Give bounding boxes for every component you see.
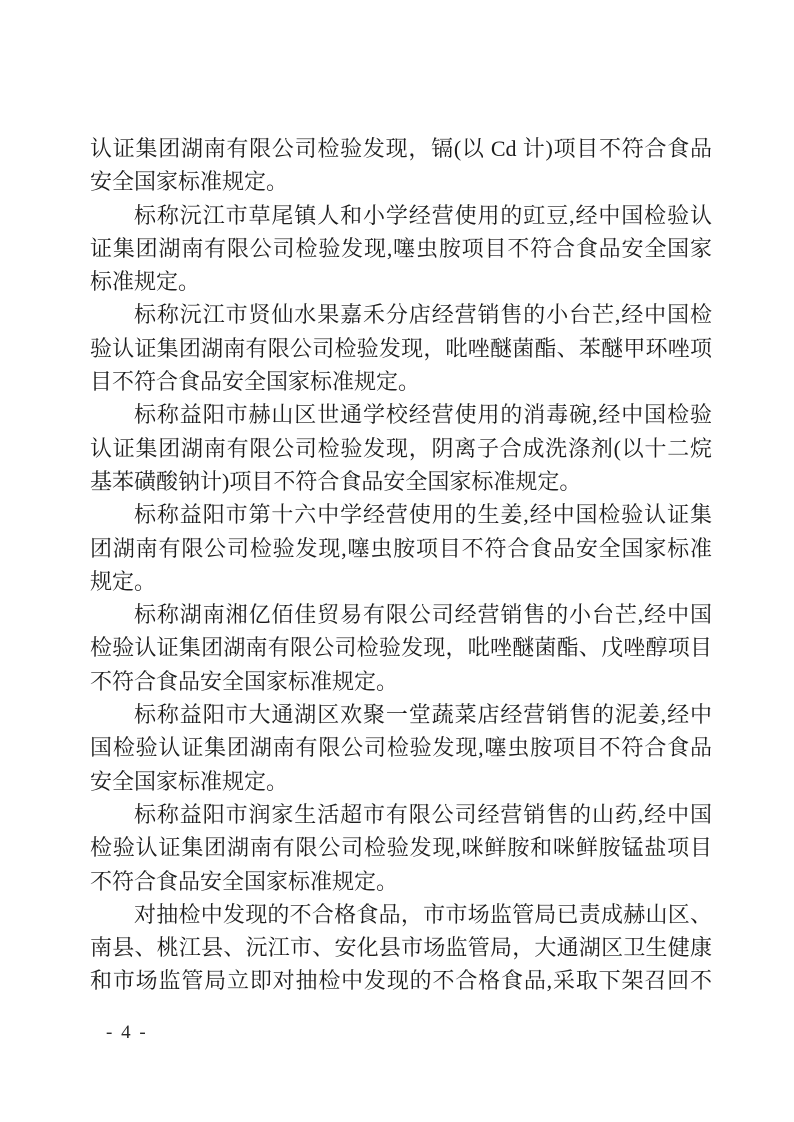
- text-line: 认证集团湖南有限公司检验发现，阴离子合成洗涤剂(以十二烷: [90, 432, 712, 465]
- text-line: 不符合食品安全国家标准规定。: [90, 865, 712, 898]
- text-line: 不符合食品安全国家标准规定。: [90, 665, 712, 698]
- text-line: 认证集团湖南有限公司检验发现，镉(以 Cd 计)项目不符合食品: [90, 132, 712, 165]
- text-line: 基苯磺酸钠计)项目不符合食品安全国家标准规定。: [90, 465, 712, 498]
- text-line: 证集团湖南有限公司检验发现,噻虫胺项目不符合食品安全国家: [90, 232, 712, 265]
- text-line: 安全国家标准规定。: [90, 765, 712, 798]
- text-line: 检验认证集团湖南有限公司检验发现,咪鲜胺和咪鲜胺锰盐项目: [90, 831, 712, 864]
- text-line: 标称益阳市润家生活超市有限公司经营销售的山药,经中国: [90, 798, 712, 831]
- text-line: 标称沅江市草尾镇人和小学经营使用的豇豆,经中国检验认: [90, 199, 712, 232]
- document-page: 认证集团湖南有限公司检验发现，镉(以 Cd 计)项目不符合食品安全国家标准规定。…: [0, 0, 794, 1122]
- text-line: 安全国家标准规定。: [90, 165, 712, 198]
- page-number: - 4 -: [106, 1022, 148, 1044]
- text-line: 标称沅江市贤仙水果嘉禾分店经营销售的小台芒,经中国检: [90, 298, 712, 331]
- text-line: 和市场监管局立即对抽检中发现的不合格食品,采取下架召回不: [90, 964, 712, 997]
- text-line: 标称益阳市第十六中学经营使用的生姜,经中国检验认证集: [90, 498, 712, 531]
- text-line: 南县、桃江县、沅江市、安化县市场监管局，大通湖区卫生健康: [90, 931, 712, 964]
- text-line: 规定。: [90, 565, 712, 598]
- text-line: 对抽检中发现的不合格食品，市市场监管局已责成赫山区、: [90, 898, 712, 931]
- body-text: 认证集团湖南有限公司检验发现，镉(以 Cd 计)项目不符合食品安全国家标准规定。…: [90, 132, 712, 998]
- text-line: 检验认证集团湖南有限公司检验发现，吡唑醚菌酯、戊唑醇项目: [90, 631, 712, 664]
- text-line: 目不符合食品安全国家标准规定。: [90, 365, 712, 398]
- text-line: 标准规定。: [90, 265, 712, 298]
- text-line: 团湖南有限公司检验发现,噻虫胺项目不符合食品安全国家标准: [90, 532, 712, 565]
- text-line: 国检验认证集团湖南有限公司检验发现,噻虫胺项目不符合食品: [90, 731, 712, 764]
- text-line: 标称益阳市赫山区世通学校经营使用的消毒碗,经中国检验: [90, 398, 712, 431]
- text-line: 验认证集团湖南有限公司检验发现，吡唑醚菌酯、苯醚甲环唑项: [90, 332, 712, 365]
- text-line: 标称益阳市大通湖区欢聚一堂蔬菜店经营销售的泥姜,经中: [90, 698, 712, 731]
- text-line: 标称湖南湘亿佰佳贸易有限公司经营销售的小台芒,经中国: [90, 598, 712, 631]
